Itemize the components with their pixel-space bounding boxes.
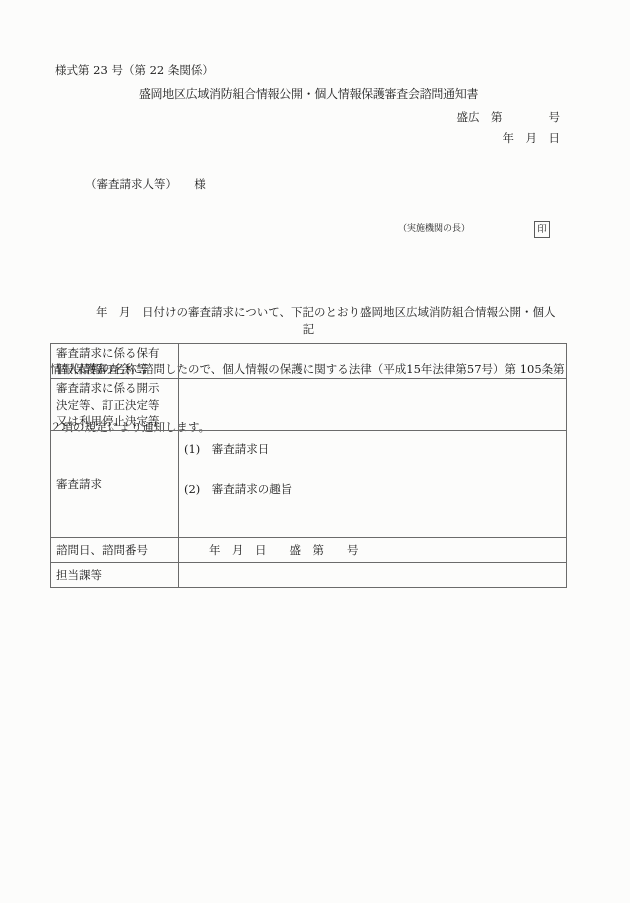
date-line: 年 月 日 bbox=[503, 131, 561, 145]
row-disclosure-decision: 審査請求に係る開示 決定等、訂正決定等 又は利用停止決定等 bbox=[51, 379, 567, 431]
reference-number-line: 盛広 第 号 bbox=[457, 110, 561, 124]
ki-heading: 記 bbox=[50, 322, 567, 336]
review-request-purpose-item: (2) 審査請求の趣旨 bbox=[184, 481, 561, 497]
row-content-cell: 年 月 日 盛 第 号 bbox=[179, 538, 567, 563]
issuer-label: （実施機関の長） bbox=[398, 224, 470, 235]
row-content-cell bbox=[179, 379, 567, 431]
paragraph-line: 年 月 日付けの審査請求について、下記のとおり盛岡地区広域消防組合情報公開・個人 bbox=[50, 303, 572, 322]
row-department: 担当課等 bbox=[51, 563, 567, 588]
row-retained-personal-info: 審査請求に係る保有 個人情報の名称等 bbox=[51, 344, 567, 379]
row-label-cell: 担当課等 bbox=[51, 563, 179, 588]
form-number-label: 様式第 23 号（第 22 条関係） bbox=[55, 63, 214, 77]
row-label-cell: 審査請求 bbox=[51, 431, 179, 538]
seal-stamp-box: 印 bbox=[534, 221, 550, 238]
row-review-request: 審査請求 (1) 審査請求日 (2) 審査請求の趣旨 bbox=[51, 431, 567, 538]
row-label-cell: 諮問日、諮問番号 bbox=[51, 538, 179, 563]
row-content-cell: (1) 審査請求日 (2) 審査請求の趣旨 bbox=[179, 431, 567, 538]
row-consultation-date-number: 諮問日、諮問番号 年 月 日 盛 第 号 bbox=[51, 538, 567, 563]
document-title: 盛岡地区広域消防組合情報公開・個人情報保護審査会諮問通知書 bbox=[50, 87, 567, 102]
row-content-cell bbox=[179, 563, 567, 588]
consultation-table: 審査請求に係る保有 個人情報の名称等 審査請求に係る開示 決定等、訂正決定等 又… bbox=[50, 343, 567, 588]
seal-stamp-character: 印 bbox=[537, 224, 547, 235]
row-label-cell: 審査請求に係る保有 個人情報の名称等 bbox=[51, 344, 179, 379]
row-content-cell bbox=[179, 344, 567, 379]
review-request-date-item: (1) 審査請求日 bbox=[184, 441, 561, 457]
consultation-table-wrapper: 審査請求に係る保有 個人情報の名称等 審査請求に係る開示 決定等、訂正決定等 又… bbox=[50, 343, 567, 588]
addressee-line: （審査請求人等） 様 bbox=[85, 177, 206, 191]
document-page: 様式第 23 号（第 22 条関係） 盛岡地区広域消防組合情報公開・個人情報保護… bbox=[0, 0, 630, 903]
row-label-cell: 審査請求に係る開示 決定等、訂正決定等 又は利用停止決定等 bbox=[51, 379, 179, 431]
